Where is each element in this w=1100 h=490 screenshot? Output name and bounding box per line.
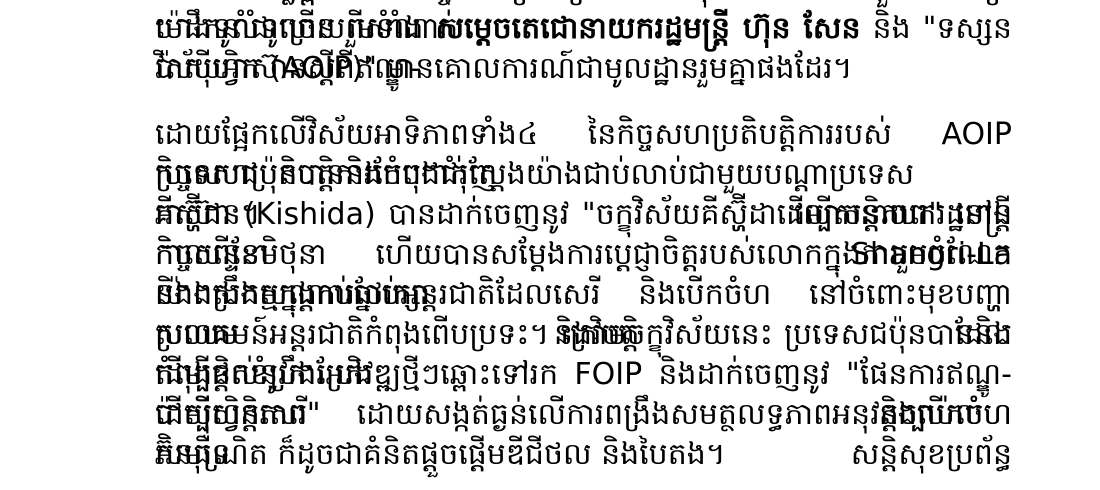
- text-line: សហគមន៍អន្តរជាតិកំពុងពើបប្រទះ។ ក្រោមចក្ខុ…: [155, 315, 1012, 355]
- text-line: ដើម្បីសន្តិភាព" ដោយសង្កត់ធ្ងន់លើការពង្រឹ…: [155, 395, 1012, 435]
- text-line: កិច្ចសហប្រតិបត្តិការបែបជាក់ស្តែងយ៉ាងជាប់…: [155, 155, 1012, 195]
- text-line: គីស្ហ៊ីដា (Kishida) បានដាក់ចេញនូវ "ចក្ខុ…: [155, 195, 1012, 235]
- text-line: ដោយផ្អែកលើវិស័យអាទិភាពទាំង៤ នៃកិច្ចសហប្រ…: [155, 115, 1012, 155]
- text-line: ប៉ាស៊ីហ្វិក (AOIP)" មានគោលការណ៍ជាមូលដ្ឋា…: [155, 49, 1012, 89]
- paragraph-aoip-common-ground: បានវាយតម្លៃខ្ពស់ចំពោះកិច្ចខិតខំប្រឹងប្រែ…: [155, 0, 1012, 89]
- text-line: កាលពីខែមិថុនា ហើយបានសម្តែងការប្តេជ្ញាចិត…: [155, 235, 1012, 275]
- paragraph-japan-asean-cooperation: ដោយផ្អែកលើវិស័យអាទិភាពទាំង៤ នៃកិច្ចសហប្រ…: [155, 115, 1012, 475]
- text-segment: អ៊ិនធឺណិត ក៏ដូចជាគំនិតផ្តួចផ្តើមឌីជីថល ន…: [155, 437, 726, 472]
- document-viewport: { "meta": { "language": "Khmer", "backgr…: [0, 0, 1100, 490]
- text-segment: មេដឹកនាំជាច្រើន រួមទាំង: [155, 11, 435, 46]
- bold-text-segment: សម្តេចតេជោនាយករដ្ឋមន្ត្រី ហ៊ុន សែន: [435, 11, 860, 46]
- text-line: និងពង្រឹងសណ្តាប់ធ្នាប់អន្តរជាតិដែលសេរី ន…: [155, 275, 1012, 315]
- clipped-text-line: បានវាយតម្លៃខ្ពស់ចំពោះកិច្ចខិតខំប្រឹងប្រែ…: [155, 0, 1012, 9]
- text-line: ដើម្បីផ្តល់នូវការអភិវឌ្ឍថ្មីៗឆ្ពោះទៅរក F…: [155, 355, 1012, 395]
- text-segment: ប៉ាស៊ីហ្វិក (AOIP)" មានគោលការណ៍ជាមូលដ្ឋា…: [155, 51, 852, 86]
- document-page: បានវាយតម្លៃខ្ពស់ចំពោះកិច្ចខិតខំប្រឹងប្រែ…: [0, 0, 1100, 490]
- text-line: មេដឹកនាំជាច្រើន រួមទាំង សម្តេចតេជោនាយករដ…: [155, 9, 1012, 49]
